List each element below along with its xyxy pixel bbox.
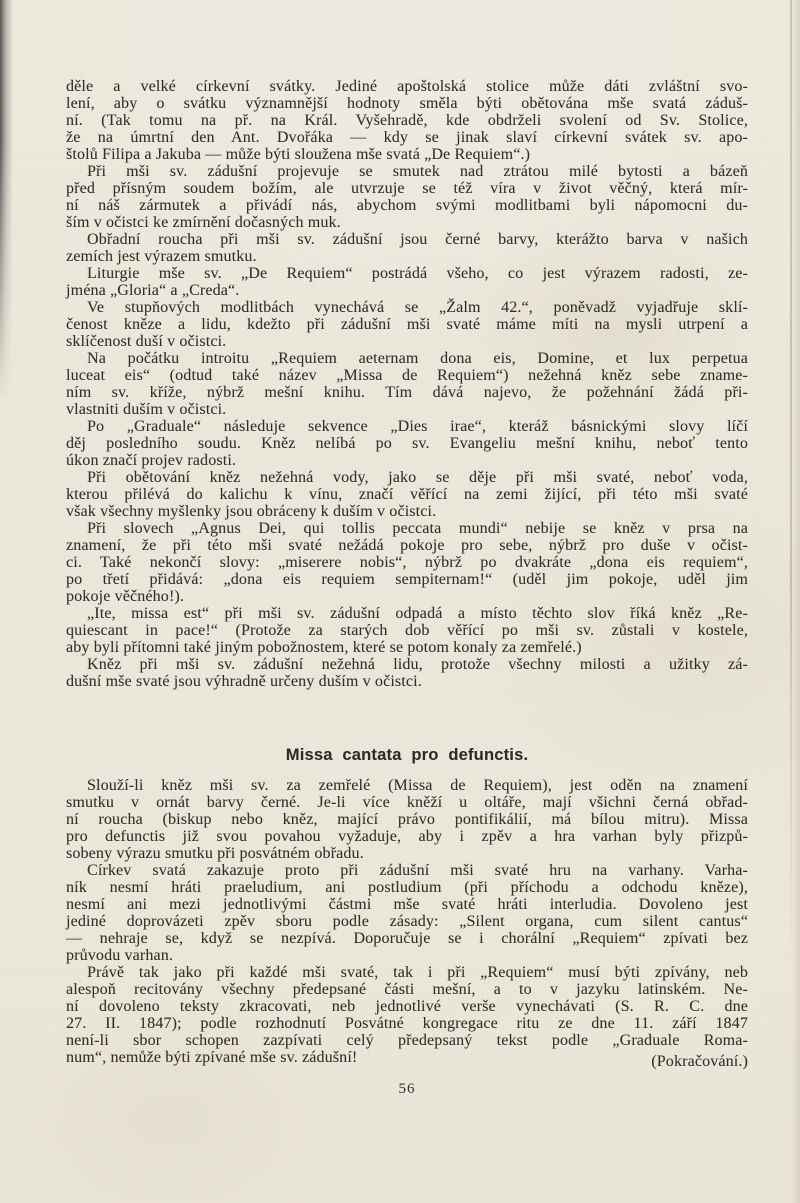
text-line: ník nesmí hráti praeludium, ani postludi… [66, 879, 748, 896]
paragraph: Kněz při mši sv. zádušní nežehná lidu, p… [66, 656, 748, 690]
text-line: ním sv. kříže, nýbrž mešní knihu. Tím dá… [66, 384, 748, 401]
text-line: není-li sbor schopen zazpívati celý před… [66, 1032, 748, 1049]
text-line: vlastniti duším v očistci. [66, 401, 748, 418]
paragraph: Církev svatá zakazuje proto při zádušní … [66, 862, 748, 964]
section-heading: Missa cantata pro defunctis. [66, 746, 748, 764]
text-line: znamení, že při této mši svaté nežádá po… [66, 537, 748, 554]
paragraph: Slouží-li kněz mši sv. za zemřelé (Missa… [66, 777, 748, 862]
text-line: jediné doprovázeti zpěv sboru podle zása… [66, 913, 748, 930]
text-line: „Ite, missa est“ při mši sv. zádušní odp… [66, 605, 748, 622]
text-line: Při mši sv. zádušní projevuje se smutek … [66, 163, 748, 180]
text-line: dušní mše svaté jsou výhradně určeny duš… [66, 673, 748, 690]
text-line: Ve stupňových modlitbách vynechává se „Ž… [66, 299, 748, 316]
text-line: lení, aby o svátku významnější hodnoty s… [66, 95, 748, 112]
paragraph: Při slovech „Agnus Dei, qui tollis pecca… [66, 520, 748, 605]
paragraph: Při obětování kněz nežehná vody, jako se… [66, 469, 748, 520]
text-line: štolů Filipa a Jakuba — může býti slouže… [66, 146, 748, 163]
scan-edge-shadow-left [0, 0, 13, 400]
text-line: před přísným soudem božím, ale utvrzuje … [66, 180, 748, 197]
text-line: ní náš zármutek a přivádí nás, abychom s… [66, 197, 748, 214]
text-line: Kněz při mši sv. zádušní nežehná lidu, p… [66, 656, 748, 673]
text-line: aby byli přítomni také jiným pobožnostem… [66, 639, 748, 656]
text-line: ní. (Tak tomu na př. na Král. Vyšehradě,… [66, 112, 748, 129]
text-line: quiescant in pace!“ (Protože za starých … [66, 622, 748, 639]
text-line: Při slovech „Agnus Dei, qui tollis pecca… [66, 520, 748, 537]
text-line: Po „Graduale“ následuje sekvence „Dies i… [66, 418, 748, 435]
text-line: nesmí ani mezi jednotlivými částmi mše s… [66, 896, 748, 913]
scanned-document-page: { "page": { "number": "56" }, "colors": … [0, 0, 800, 1203]
text-line: sobeny výrazu smutku při posvátném obřad… [66, 845, 748, 862]
text-line: Obřadní roucha při mši sv. zádušní jsou … [66, 231, 748, 248]
paragraph: Liturgie mše sv. „De Requiem“ postrádá v… [66, 265, 748, 299]
text-line: luceat eis“ (odtud také název „Missa de … [66, 367, 748, 384]
text-line: smutku v ornát barvy černé. Je-li více k… [66, 794, 748, 811]
text-line: děle a velké církevní svátky. Jediné apo… [66, 78, 748, 95]
paragraph: Na počátku introitu „Requiem aeternam do… [66, 350, 748, 418]
text-line: Při obětování kněz nežehná vody, jako se… [66, 469, 748, 486]
text-line: průvodu varhan. [66, 947, 748, 964]
paragraph: Při mši sv. zádušní projevuje se smutek … [66, 163, 748, 231]
text-line: Liturgie mše sv. „De Requiem“ postrádá v… [66, 265, 748, 282]
text-line: čenost kněze a lidu, kdežto při zádušní … [66, 316, 748, 333]
text-line: — nehraje se, když se nezpívá. Doporučuj… [66, 930, 748, 947]
text-line: však všechny myšlenky jsou obráceny k du… [66, 503, 748, 520]
scan-edge-shade-right [792, 0, 800, 1203]
text-line: že na úmrtní den Ant. Dvořáka — kdy se j… [66, 129, 748, 146]
paragraph: „Ite, missa est“ při mši sv. zádušní odp… [66, 605, 748, 656]
text-line: Slouží-li kněz mši sv. za zemřelé (Missa… [66, 777, 748, 794]
text-line: num“, nemůže býti zpívané mše sv. zádušn… [66, 1049, 748, 1066]
paragraph: děle a velké církevní svátky. Jediné apo… [66, 78, 748, 163]
text-line: ní roucha (biskup nebo kněz, mající práv… [66, 811, 748, 828]
continuation-note: (Pokračování.) [651, 1053, 748, 1070]
page-number: 56 [66, 1081, 748, 1098]
text-line: ní dovoleno teksty zkracovati, neb jedno… [66, 998, 748, 1015]
text-line: ci. Také nekončí slovy: „miserere nobis“… [66, 554, 748, 571]
text-line: alespoň recitovány všechny předepsané čá… [66, 981, 748, 998]
text-line: Právě tak jako při každé mši svaté, tak … [66, 964, 748, 981]
paragraph: Ve stupňových modlitbách vynechává se „Ž… [66, 299, 748, 350]
text-line-part: num“, nemůže býti zpívané mše sv. zádušn… [66, 1049, 357, 1066]
text-line: ším v očistci ke zmírnění dočasných muk. [66, 214, 748, 231]
article-text-block: děle a velké církevní svátky. Jediné apo… [66, 78, 748, 1066]
text-line: Na počátku introitu „Requiem aeternam do… [66, 350, 748, 367]
text-line: 27. II. 1847); podle rozhodnutí Posvátné… [66, 1015, 748, 1032]
text-line: pro defunctis již svou povahou vyžaduje,… [66, 828, 748, 845]
text-line: sklíčenost duší v očistci. [66, 333, 748, 350]
page: děle a velké církevní svátky. Jediné apo… [0, 0, 800, 1203]
text-line: úkon značí projev radosti. [66, 452, 748, 469]
text-line: Církev svatá zakazuje proto při zádušní … [66, 862, 748, 879]
paragraph: Právě tak jako při každé mši svaté, tak … [66, 964, 748, 1066]
paragraph: Obřadní roucha při mši sv. zádušní jsou … [66, 231, 748, 265]
text-line: kterou přilévá do kalichu k vínu, značí … [66, 486, 748, 503]
text-line: děj posledního soudu. Kněz nelíbá po sv.… [66, 435, 748, 452]
paragraph: Po „Graduale“ následuje sekvence „Dies i… [66, 418, 748, 469]
text-line: pokoje věčného!). [66, 588, 748, 605]
text-line: jména „Gloria“ a „Creda“. [66, 282, 748, 299]
text-line: po třetí přidává: „dona eis requiem semp… [66, 571, 748, 588]
text-line: zemích jest výrazem smutku. [66, 248, 748, 265]
